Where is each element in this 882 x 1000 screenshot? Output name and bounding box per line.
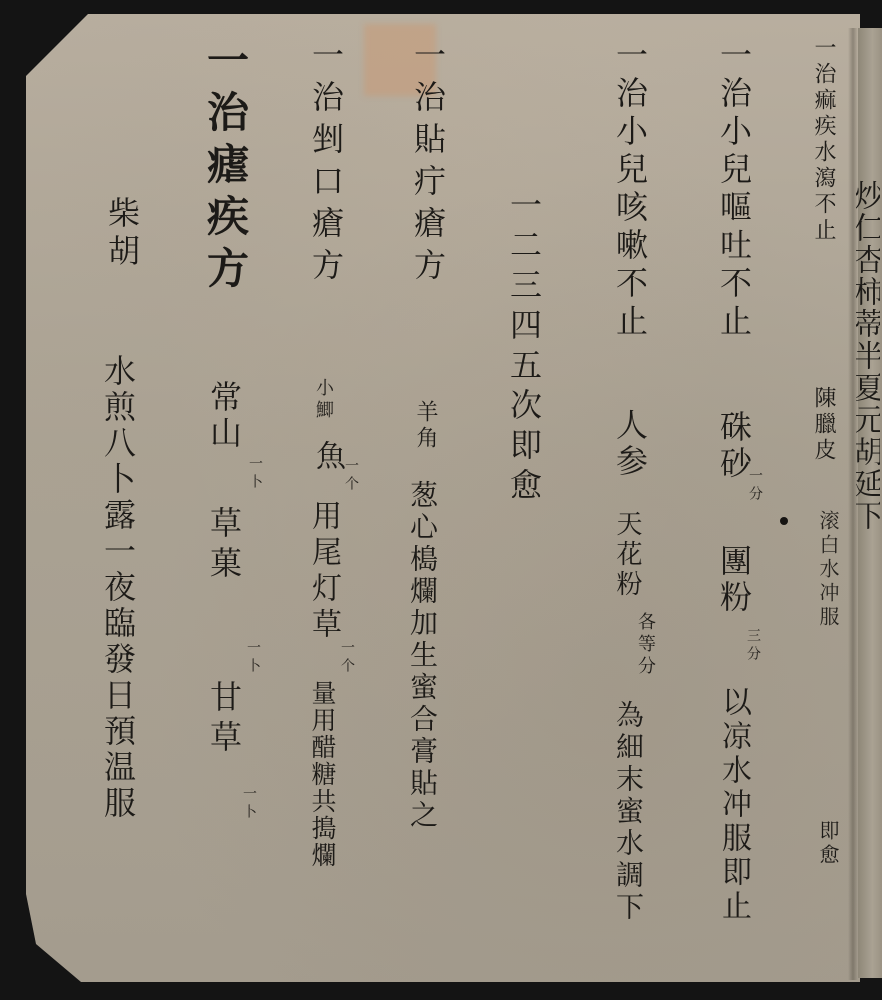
- recipe-4-ingredient-2-dose: 一个: [340, 640, 354, 676]
- recipe-4-ingredient-2: 用尾灯草: [308, 500, 338, 644]
- recipe-5-ingredient-3-dose: 一卜: [242, 786, 256, 822]
- facing-column-1-instruction: 滚白水冲服: [818, 510, 838, 630]
- recipe-3-ingredient-prefix: 羊角: [414, 400, 436, 452]
- recipe-1-ingredient-2-dose: 三分: [746, 628, 760, 664]
- recipe-2-title: 一治小兒咳嗽不止: [614, 38, 646, 342]
- recipe-2-dosage-note: 一二三四五次即愈: [508, 188, 540, 508]
- recipe-5-ingredient-1: 常山: [208, 380, 240, 452]
- recipe-1-ingredient-1-dose: 一分: [748, 468, 762, 504]
- recipe-2-instruction: 為細末蜜水調下: [614, 700, 642, 924]
- recipe-5-ingredient-4: 柴胡: [106, 196, 138, 272]
- recipe-5-ingredient-1-dose: 一卜: [248, 456, 262, 492]
- recipe-1-ingredient-2: 團粉: [718, 544, 750, 616]
- recipe-3-instruction: 葱心槝爛加生蜜合膏貼之: [408, 480, 436, 832]
- recipe-5-ingredient-2: 草菓: [208, 506, 240, 586]
- facing-column-1: 一治痲疾水瀉不止: [812, 36, 834, 244]
- recipe-4-title: 一治剉口瘡方: [310, 38, 342, 290]
- recipe-4-ingredient-1-dose: 一个: [344, 458, 358, 494]
- recipe-4-instruction: 量用醋糖共搗爛: [310, 680, 335, 869]
- recipe-1-instruction: 以凉水冲服即止: [718, 686, 748, 924]
- facing-column-1-result: 即愈: [818, 820, 838, 868]
- recipe-4-ingredient-1: 魚: [312, 440, 342, 474]
- recipe-2-ingredient-2-dose: 各等分: [636, 612, 654, 678]
- recipe-5-instruction: 水煎八卜露一夜臨發日預温服: [102, 354, 134, 822]
- recipe-4-ingredient-1-prefix: 小鯽: [314, 378, 332, 422]
- recipe-5-ingredient-3: 甘草: [208, 680, 240, 760]
- recipe-5-ingredient-2-dose: 一卜: [246, 640, 260, 676]
- ink-dot: [780, 517, 788, 525]
- recipe-2-ingredient-1: 人参: [614, 408, 646, 480]
- recipe-1-ingredient-1: 硃砂: [718, 410, 750, 482]
- recipe-5-title: 一治瘧疾方: [204, 38, 246, 298]
- recipe-1-title: 一治小兒嘔吐不止: [718, 38, 750, 342]
- facing-column-1-ingredient: 陳臘皮: [812, 386, 834, 464]
- recipe-2-ingredient-2: 天花粉: [614, 510, 640, 600]
- recipe-3-title: 一治貼疔瘡方: [412, 38, 444, 290]
